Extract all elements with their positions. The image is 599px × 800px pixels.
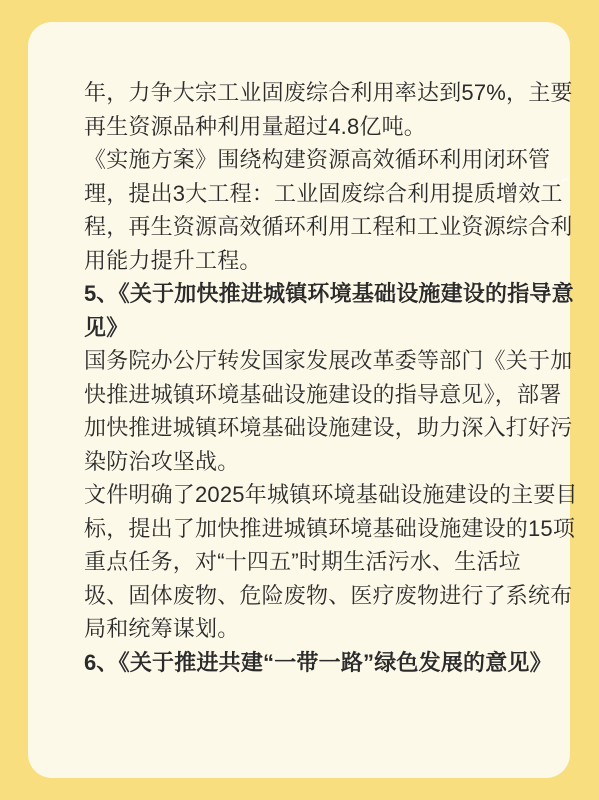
section-heading: 5、《关于加快推进城镇环境基础设施建设的指导意 见》 <box>84 277 584 344</box>
text-line: 再生资源品种利用量超过4.8亿吨。 <box>84 110 584 144</box>
text-line: 文件明确了2025年城镇环境基础设施建设的主要目 <box>84 478 584 512</box>
heading-line: 见》 <box>84 311 584 345</box>
text-line: 理，提出3大工程：工业固废综合利用提质增效工 <box>84 177 584 211</box>
text-line: 局和统筹谋划。 <box>84 612 584 646</box>
text-line: 用能力提升工程。 <box>84 244 584 278</box>
paragraph: 年，力争大宗工业固废综合利用率达到57%，主要 再生资源品种利用量超过4.8亿吨… <box>84 76 584 143</box>
text-line: 年，力争大宗工业固废综合利用率达到57%，主要 <box>84 76 584 110</box>
paragraph: 文件明确了2025年城镇环境基础设施建设的主要目 标，提出了加快推进城镇环境基础… <box>84 478 584 646</box>
page: 年，力争大宗工业固废综合利用率达到57%，主要 再生资源品种利用量超过4.8亿吨… <box>0 0 599 800</box>
text-line: 国务院办公厅转发国家发展改革委等部门《关于加 <box>84 344 584 378</box>
text-line: 加快推进城镇环境基础设施建设，助力深入打好污 <box>84 411 584 445</box>
text-line: 圾、固体废物、危险废物、医疗废物进行了系统布 <box>84 579 584 613</box>
text-line: 染防治攻坚战。 <box>84 445 584 479</box>
text-line: 程，再生资源高效循环利用工程和工业资源综合利 <box>84 210 584 244</box>
heading-line: 5、《关于加快推进城镇环境基础设施建设的指导意 <box>84 277 584 311</box>
section-heading: 6、《关于推进共建“一带一路”绿色发展的意见》 <box>84 646 584 680</box>
text-line: 《实施方案》围绕构建资源高效循环利用闭环管 <box>84 143 584 177</box>
content-card: 年，力争大宗工业固废综合利用率达到57%，主要 再生资源品种利用量超过4.8亿吨… <box>28 22 570 778</box>
paragraph: 国务院办公厅转发国家发展改革委等部门《关于加 快推进城镇环境基础设施建设的指导意… <box>84 344 584 478</box>
text-line: 重点任务，对“十四五”时期生活污水、生活垃 <box>84 545 584 579</box>
text-line: 快推进城镇环境基础设施建设的指导意见》，部署 <box>84 378 584 412</box>
heading-line: 6、《关于推进共建“一带一路”绿色发展的意见》 <box>84 646 584 680</box>
paragraph: 《实施方案》围绕构建资源高效循环利用闭环管 理，提出3大工程：工业固废综合利用提… <box>84 143 584 277</box>
text-line: 标，提出了加快推进城镇环境基础设施建设的15项 <box>84 512 584 546</box>
article-body: 年，力争大宗工业固废综合利用率达到57%，主要 再生资源品种利用量超过4.8亿吨… <box>84 76 584 679</box>
